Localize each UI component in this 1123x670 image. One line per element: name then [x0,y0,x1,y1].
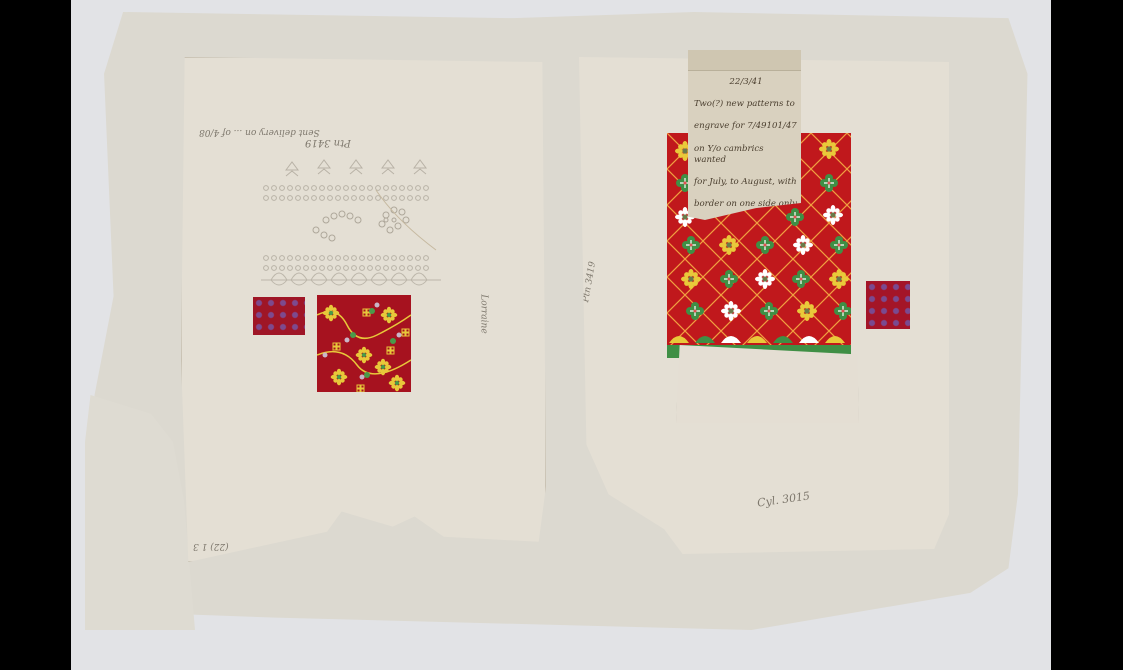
handwritten-note: 22/3/41 Two(?) new patterns to engrave f… [688,50,801,220]
pattern-number: Ptn 3419 [305,137,351,148]
note-date: 22/3/41 [694,77,798,88]
eyelet-embroidery-pattern [256,150,446,290]
note-line: engrave for 7/49101/47 [694,121,798,132]
side-annotation-right: Ptn 3419 [581,261,598,303]
archival-photograph: Sent delivery on ... of 4/08 Ptn 3419 Lo… [71,0,1051,670]
note-line: on Y/o cambrics wanted [694,144,798,166]
note-line: Two(?) new patterns to [694,99,798,110]
small-purple-dot-swatch [253,297,305,335]
side-annotation: Lorraine [479,294,489,333]
small-purple-dot-swatch-right [866,281,910,329]
cylinder-number-signature: Cyl. 3015 [756,489,810,509]
bottom-annotation: (22) 1 3 [193,541,229,551]
folded-paper-flap [676,345,859,423]
note-line: for July, to August, with [694,177,798,188]
pencil-annotation-top: Sent delivery on ... of 4/08 [199,127,320,137]
red-floral-vine-swatch [317,295,411,392]
